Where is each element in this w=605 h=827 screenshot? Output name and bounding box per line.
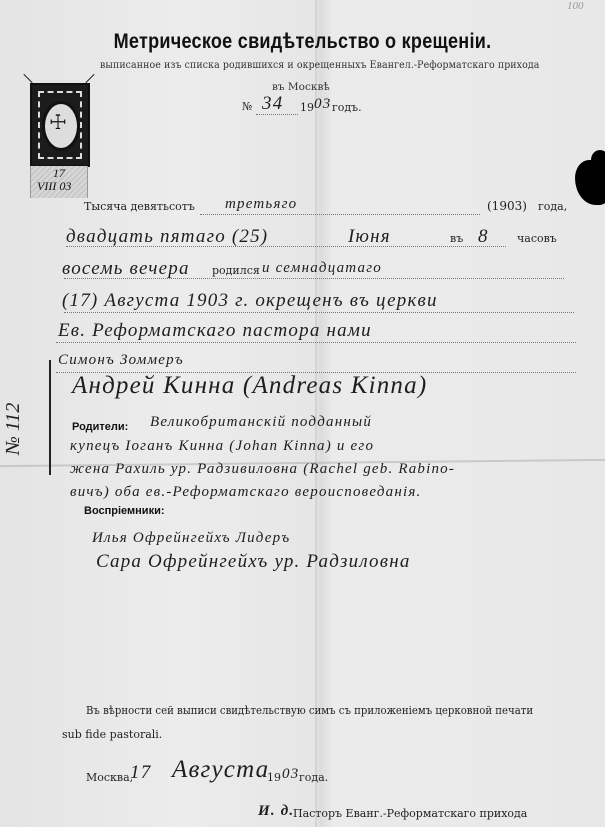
birth-time-words: восемь вечера <box>62 258 190 280</box>
signature-title: Пасторъ Еванг.-Реформатскаго прихода <box>293 807 527 820</box>
birth-year-paren: (1903) <box>487 199 527 213</box>
birth-line1-printed: Тысяча девятьсотъ <box>84 200 195 213</box>
pencil-note: 100 <box>567 0 584 12</box>
stamp-cancellation: 17 VIII 03 <box>30 166 88 198</box>
church-line: Ев. Реформатскаго пастора нами <box>58 320 372 342</box>
issue-month: Августа <box>172 756 269 784</box>
record-year-prefix: 19 <box>300 101 314 114</box>
birth-year-words: третьяго <box>225 196 297 213</box>
birth-born-label: родился <box>212 264 260 277</box>
parents-line-1: Великобританскій подданный <box>150 414 372 431</box>
record-number-prefix: № <box>242 100 252 113</box>
record-number-value: 34 <box>262 93 283 115</box>
birth-day-words: двадцать пятаго (25) <box>66 226 268 248</box>
place-label: Москва, <box>86 771 133 784</box>
issue-year-prefix: 19 <box>267 771 281 784</box>
parents-label: Родители: <box>72 421 128 433</box>
birth-line4-dots <box>64 312 574 313</box>
baptism-date-line: (17) Августа 1903 г. окрещенъ въ церкви <box>62 290 438 312</box>
document-title: Метрическое свидѣтельство о крещенiи. <box>42 30 562 54</box>
birth-line2-printed-v: въ <box>450 232 463 245</box>
birth-hour: 8 <box>478 226 489 248</box>
godparents-label: Воспрiемники: <box>84 505 165 517</box>
pastor-name: Симонъ Зоммеръ <box>58 352 184 369</box>
godparent-2: Сара Офрейнгейхъ ур. Радзиловна <box>96 551 411 573</box>
stamp-date-bottom: VIII 03 <box>37 179 71 194</box>
attestation-line-2: sub fide pastorali. <box>62 728 162 741</box>
revenue-stamp: ☩ <box>30 83 90 167</box>
issue-year-suffix: года. <box>299 771 328 784</box>
ink-blot <box>591 150 605 170</box>
birth-year-suffix: года, <box>538 200 567 213</box>
issue-day: 17 <box>130 762 151 784</box>
subtitle-line-2: въ Москвѣ <box>272 81 330 93</box>
record-year-suffix: годъ. <box>332 101 362 114</box>
child-name: Андрей Кинна (Andreas Kinna) <box>72 372 427 400</box>
record-year-value: 03 <box>314 96 331 113</box>
birth-hour-label: часовъ <box>517 232 557 245</box>
margin-record-number: № 112 <box>2 395 25 455</box>
issue-year: 03 <box>282 766 299 783</box>
birth-line5-dots <box>56 342 576 343</box>
parents-line-2: купецъ Iоганъ Кинна (Johan Kinna) и его <box>70 438 374 455</box>
parents-line-4: вичъ) оба ев.-Реформатскаго вероисповеда… <box>70 484 421 501</box>
double-headed-eagle-icon: ☩ <box>46 109 70 135</box>
signature-initials: И. д. <box>258 803 294 820</box>
birth-line1-dots <box>200 214 480 215</box>
birth-month: Iюня <box>348 226 391 248</box>
margin-bracket <box>49 360 51 475</box>
subtitle-line-1: выписанное изъ списка родившихся и окрещ… <box>100 60 539 71</box>
attestation-line-1: Въ вѣрности сей выписи свидѣтельствую си… <box>86 704 533 717</box>
baptism-day-words: и семнадцатаго <box>262 260 382 277</box>
parents-line-3: жена Рахиль ур. Радзивиловна (Rachel geb… <box>70 461 455 478</box>
godparent-1: Илья Офрейнгейхъ Лидеръ <box>92 530 290 547</box>
